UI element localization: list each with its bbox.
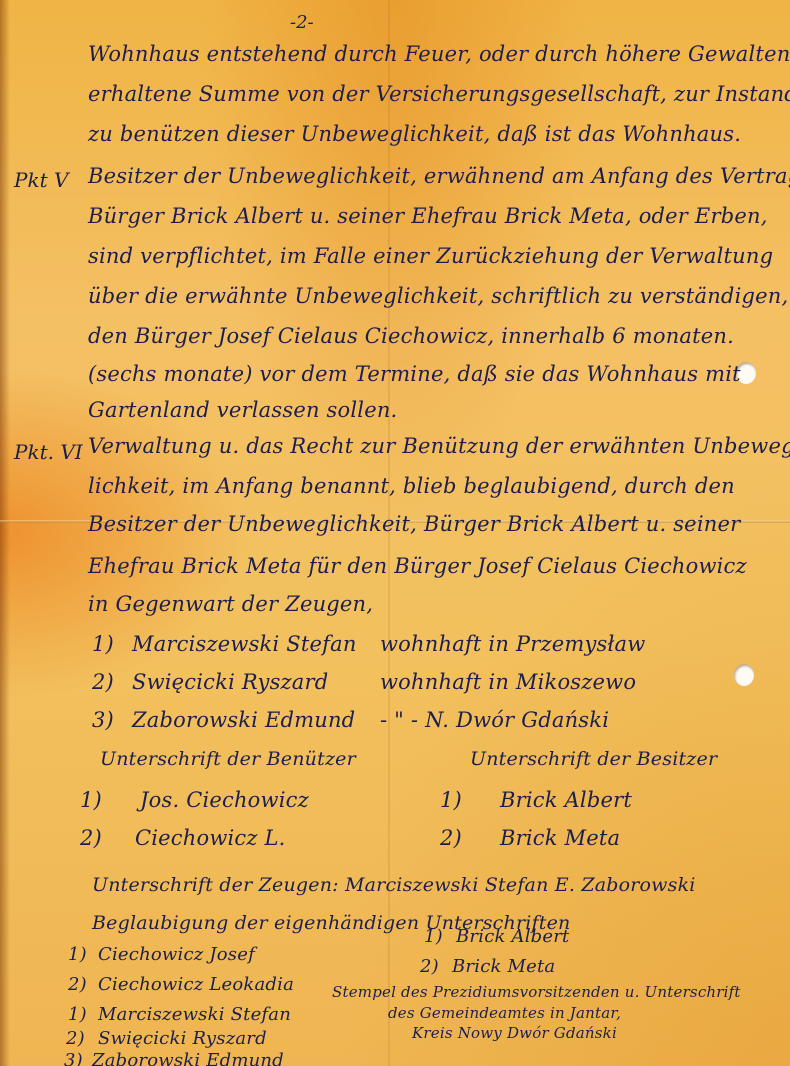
user-signature-number: 2) [80, 828, 102, 849]
owner-signature-number: 2) [440, 828, 462, 849]
stamp-note-line: Kreis Nowy Dwór Gdański [412, 1026, 617, 1041]
certified-number: 3) [64, 1052, 83, 1066]
witness-name: Marciszewski Stefan [132, 634, 357, 655]
certified-name: Ciechowicz Josef [98, 946, 255, 964]
certified-number: 1) [424, 928, 443, 946]
certified-name: Brick Albert [456, 928, 569, 946]
text-line: Bürger Brick Albert u. seiner Ehefrau Br… [88, 206, 768, 227]
section-label-pkt-v: Pkt V [14, 168, 68, 192]
user-signature-number: 1) [80, 790, 102, 811]
owner-signature: Brick Meta [500, 828, 620, 849]
section-label-pkt-vi: Pkt. VI [14, 440, 83, 464]
certified-name: Zaborowski Edmund [92, 1052, 284, 1066]
text-line: (sechs monate) vor dem Termine, daß sie … [88, 364, 741, 385]
certified-number: 1) [68, 946, 87, 964]
certified-name: Ciechowicz Leokadia [98, 976, 294, 994]
certified-name: Swięcicki Ryszard [98, 1030, 267, 1048]
witness-name: Zaborowski Edmund [132, 710, 355, 731]
text-line: zu benützen dieser Unbeweglichkeit, daß … [88, 124, 741, 145]
page-number: -2- [290, 12, 314, 33]
user-signature: Jos. Ciechowicz [140, 790, 309, 811]
text-line: erhaltene Summe von der Versicherungsges… [88, 84, 790, 105]
certified-number: 2) [420, 958, 439, 976]
certified-number: 2) [66, 1030, 85, 1048]
page-edge-shadow [0, 0, 10, 1066]
witness-number: 1) [92, 634, 114, 655]
stamp-note-line: des Gemeindeamtes in Jantar, [388, 1006, 621, 1021]
stamp-note-line: Stempel des Prezidiumsvorsitzenden u. Un… [332, 985, 741, 1000]
text-line: Wohnhaus entstehend durch Feuer, oder du… [88, 44, 790, 65]
text-line: Besitzer der Unbeweglichkeit, erwähnend … [88, 166, 790, 187]
certified-name: Brick Meta [452, 958, 555, 976]
text-line: Besitzer der Unbeweglichkeit, Bürger Bri… [88, 514, 740, 535]
witness-number: 3) [92, 710, 114, 731]
text-line: den Bürger Josef Cielaus Ciechowicz, inn… [88, 326, 734, 347]
signature-header-users: Unterschrift der Benützer [100, 750, 356, 769]
text-line: Ehefrau Brick Meta für den Bürger Josef … [88, 556, 747, 577]
signature-header-owners: Unterschrift der Besitzer [470, 750, 717, 769]
witness-number: 2) [92, 672, 114, 693]
certified-number: 2) [68, 976, 87, 994]
witness-residence: wohnhaft in Przemysław [380, 634, 645, 655]
user-signature: Ciechowicz L. [135, 828, 286, 849]
punch-hole [734, 664, 754, 686]
text-line: in Gegenwart der Zeugen, [88, 594, 373, 615]
text-line: sind verpflichtet, im Falle einer Zurück… [88, 246, 773, 267]
text-line: lichkeit, im Anfang benannt, blieb begla… [88, 476, 735, 497]
certified-name: Marciszewski Stefan [98, 1006, 291, 1024]
witness-name: Swięcicki Ryszard [132, 672, 328, 693]
text-line: Verwaltung u. das Recht zur Benützung de… [88, 436, 790, 457]
certified-number: 1) [68, 1006, 87, 1024]
owner-signature-number: 1) [440, 790, 462, 811]
text-line: über die erwähnte Unbeweglichkeit, schri… [88, 286, 788, 307]
text-line: Gartenland verlassen sollen. [88, 400, 397, 421]
owner-signature: Brick Albert [500, 790, 632, 811]
witness-residence: wohnhaft in Mikoszewo [380, 672, 636, 693]
witness-signatures-line: Unterschrift der Zeugen: Marciszewski St… [92, 876, 696, 895]
witness-residence: - " - N. Dwór Gdański [380, 710, 609, 731]
